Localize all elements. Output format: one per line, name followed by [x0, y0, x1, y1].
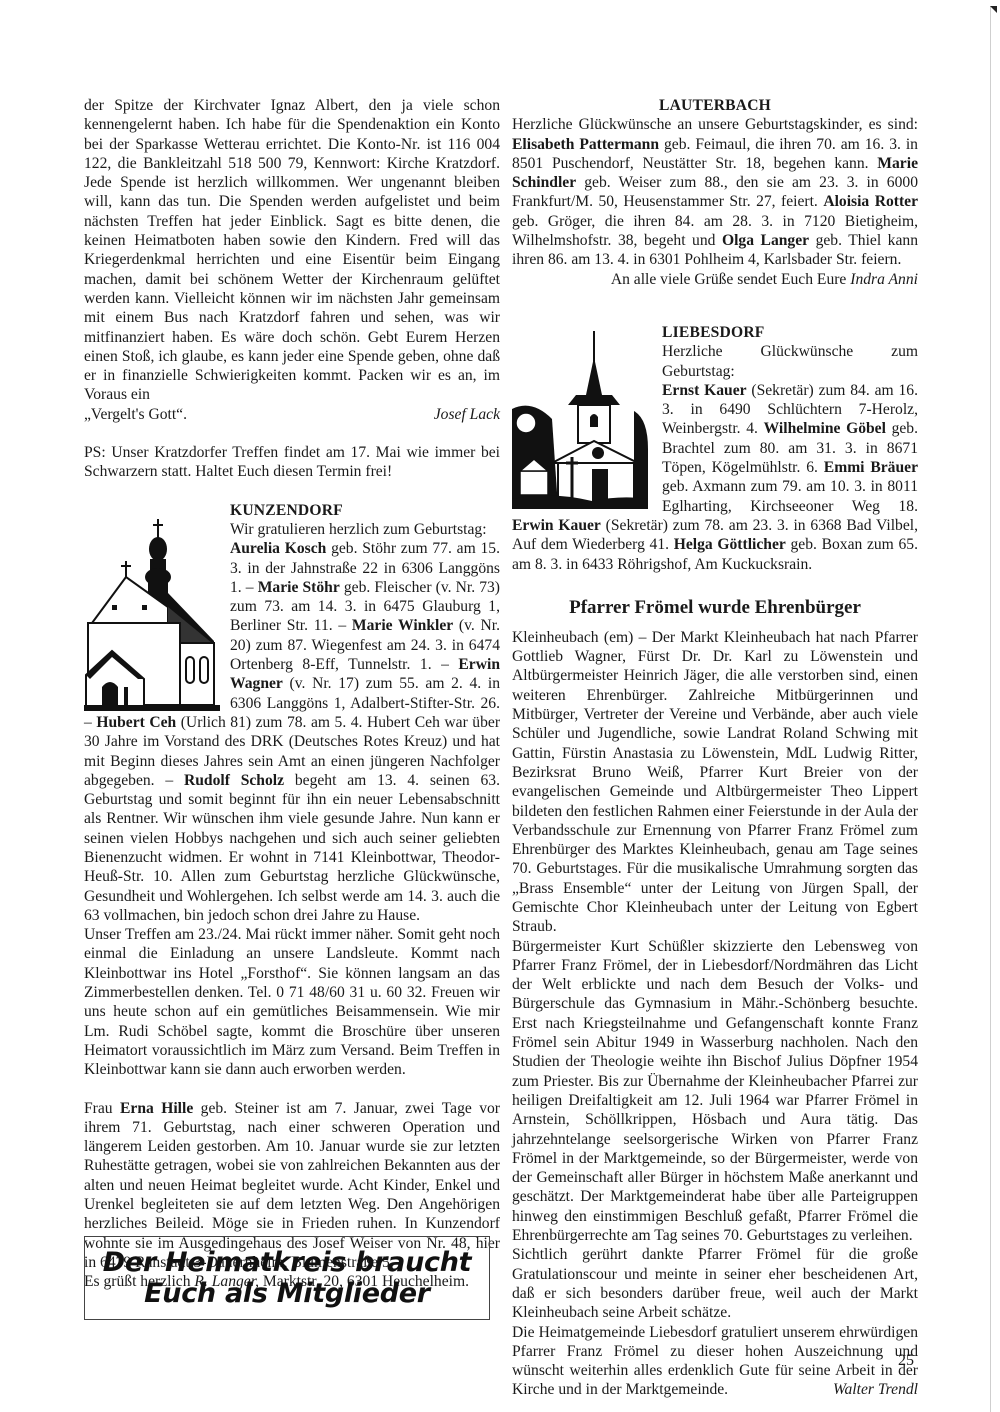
lauterbach-section: LAUTERBACH Herzliche Glückwünsche an uns… — [512, 96, 918, 289]
lauterbach-lead: Herzliche Glückwünsche an unsere Geburts… — [512, 116, 918, 133]
deceased-name: Erna Hille — [120, 1100, 193, 1117]
article-signature: Walter Trendl — [833, 1380, 918, 1399]
membership-banner: Der Heimatkreis braucht Euch als Mitglie… — [84, 1236, 490, 1320]
article-final-paragraph: Die Heimatgemeinde Liebesdorf gratuliert… — [512, 1323, 918, 1400]
spacer — [512, 620, 918, 628]
banner-line-1: Der Heimatkreis braucht — [103, 1247, 472, 1278]
closing-text: An alle viele Grüße sendet Euch Eure — [611, 271, 850, 288]
article-paragraph: Sichtlich gerührt dankte Pfarrer Frömel … — [512, 1245, 918, 1322]
person-name: Aurelia Kosch — [230, 540, 326, 557]
spacer — [84, 1080, 500, 1099]
church-icon — [84, 515, 222, 711]
spacer — [512, 289, 918, 323]
page-number: 25 — [898, 1352, 914, 1370]
kratzdorf-donation-text: der Spitze der Kirchvater Ignaz Albert, … — [84, 96, 500, 405]
spacer — [512, 574, 918, 596]
person-name: Elisabeth Pattermann — [512, 136, 659, 153]
person-name: Hubert Ceh — [96, 714, 176, 731]
person-name: Emmi Bräuer — [824, 459, 918, 476]
ehrenbuerger-article: Pfarrer Frömel wurde Ehrenbürger Kleinhe… — [512, 596, 918, 1400]
person-name: Marie Stöhr — [258, 579, 340, 596]
lauterbach-closing: An alle viele Grüße sendet Euch Eure Ind… — [512, 270, 918, 289]
person-name: Marie Winkler — [352, 617, 453, 634]
author-signature: Josef Lack — [434, 405, 500, 424]
article-paragraph: Kleinheubach (em) – Der Markt Kleinheuba… — [512, 628, 918, 937]
person-name: Ernst Kauer — [662, 382, 747, 399]
person-name: Olga Langer — [722, 232, 809, 249]
church-illustration-liebesdorf — [512, 329, 648, 509]
person-name: Helga Göttlicher — [674, 536, 786, 553]
left-column: der Spitze der Kirchvater Ignaz Albert, … — [84, 96, 500, 1292]
person-name: Rudolf Scholz — [184, 772, 284, 789]
person-name: Erwin Kauer — [512, 517, 601, 534]
right-column: LAUTERBACH Herzliche Glückwünsche an uns… — [512, 96, 918, 1400]
spacer — [84, 424, 500, 443]
closing-phrase: „Vergelt's Gott“. — [84, 405, 187, 424]
person-name: Aloisia Rotter — [823, 193, 918, 210]
spacer — [84, 482, 500, 501]
person-name: Wilhelmine Göbel — [764, 420, 886, 437]
lauterbach-heading: LAUTERBACH — [512, 96, 918, 115]
birthday-detail: geb. Axmann zum 79. am 10. 3. in 8011 Eg… — [662, 478, 918, 514]
church-icon — [512, 329, 648, 509]
birthday-detail: begeht am 13. 4. seinen 63. Geburtstag u… — [84, 772, 500, 924]
kunzendorf-meeting: Unser Treffen am 23./24. Mai rückt immer… — [84, 925, 500, 1079]
closing-author: Indra Anni — [850, 271, 918, 288]
church-illustration-kunzendorf — [84, 515, 222, 711]
kunzendorf-section: KUNZENDORF Wir gratulieren herzlich zum … — [84, 501, 500, 1080]
banner-line-2: Euch als Mitglieder — [144, 1278, 430, 1309]
page-edge — [990, 6, 991, 1412]
liebesdorf-section: LIEBESDORF Herzliche Glückwünsche zum Ge… — [512, 323, 918, 574]
article-title: Pfarrer Frömel wurde Ehrenbürger — [512, 596, 918, 620]
page-corner-mark — [990, 6, 997, 13]
obituary-prefix: Frau — [84, 1100, 120, 1117]
lauterbach-birthdays: Herzliche Glückwünsche an unsere Geburts… — [512, 115, 918, 269]
ps-note: PS: Unser Kratzdorfer Treffen findet am … — [84, 443, 500, 482]
intro-signature-line: „Vergelt's Gott“. Josef Lack — [84, 405, 500, 424]
article-paragraph: Bürgermeister Kurt Schüßler skizzierte d… — [512, 937, 918, 1246]
